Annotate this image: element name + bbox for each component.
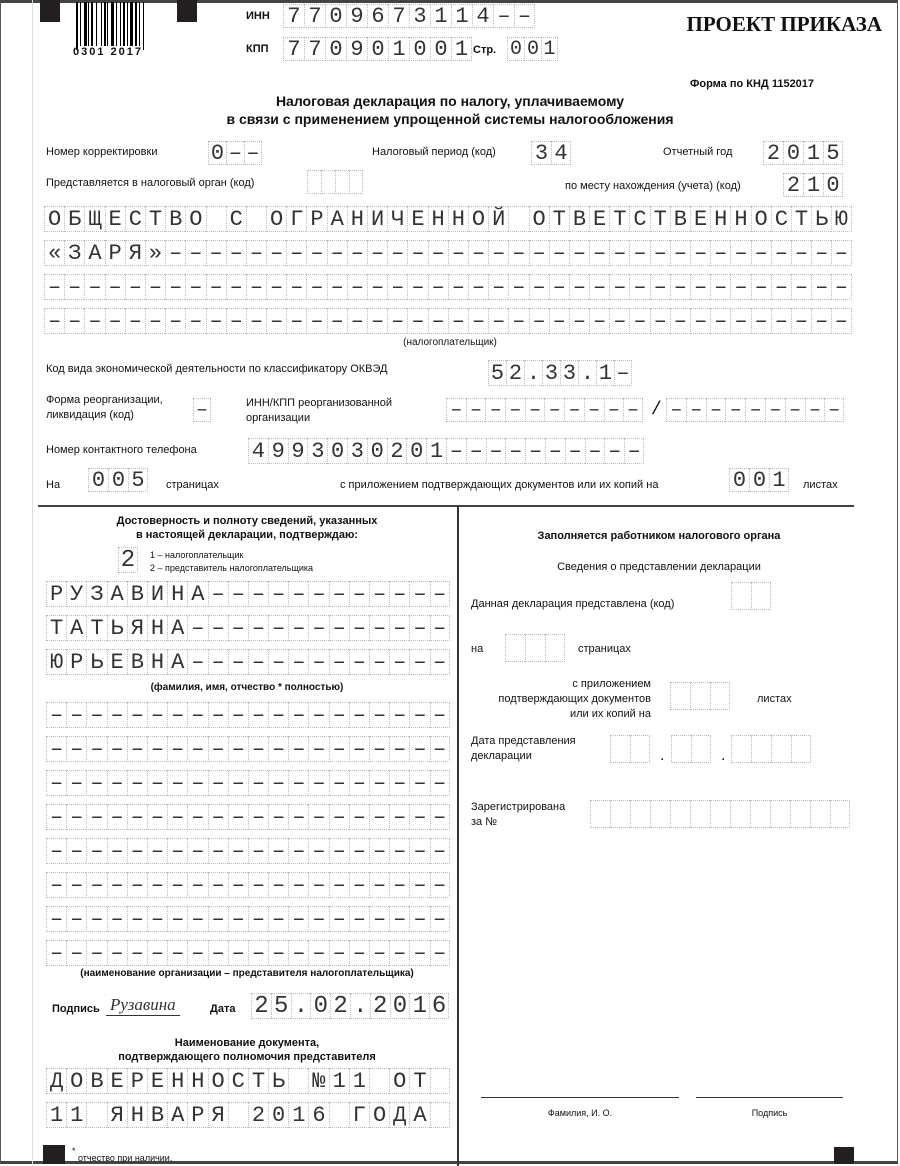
cell: Ю — [46, 649, 66, 675]
cell: – — [208, 702, 228, 728]
cell: В — [670, 206, 690, 232]
cell: 0 — [409, 37, 430, 61]
correction-number-field[interactable]: 0–– — [208, 141, 262, 165]
cell: – — [165, 240, 185, 266]
cell: О — [529, 206, 549, 232]
cell — [771, 735, 791, 763]
cell: – — [268, 736, 288, 762]
cell: – — [629, 240, 649, 266]
cell: – — [208, 804, 228, 830]
cell: – — [544, 398, 564, 422]
location-code-field[interactable]: 210 — [783, 173, 843, 197]
cell: – — [349, 872, 369, 898]
cell: 0 — [367, 37, 388, 61]
cell: – — [66, 702, 86, 728]
grid-line: –––––––––––––––––––– — [46, 702, 450, 728]
cell: Б — [64, 206, 84, 232]
cell: 5 — [271, 993, 291, 1019]
cell: – — [288, 906, 308, 932]
cell: – — [811, 274, 831, 300]
cell: 0 — [783, 141, 803, 165]
cell: – — [609, 308, 629, 334]
cell: – — [145, 274, 165, 300]
cell: 7 — [304, 37, 325, 61]
cell: – — [107, 804, 127, 830]
cell: Н — [167, 581, 187, 607]
corner-marker — [834, 1147, 854, 1164]
cell: – — [468, 274, 488, 300]
cell: 1 — [541, 37, 558, 61]
cell: В — [569, 206, 589, 232]
cell: Я — [107, 1102, 127, 1128]
cell: – — [686, 398, 706, 422]
cell: – — [167, 838, 187, 864]
cell: Р — [105, 240, 125, 266]
cell: – — [208, 581, 228, 607]
cell: – — [125, 308, 145, 334]
cell: – — [409, 581, 429, 607]
cell: – — [286, 240, 306, 266]
barcode-number: 0301 2017 — [73, 46, 143, 58]
cell: . — [578, 360, 596, 386]
cell: Е — [690, 206, 710, 232]
cell — [525, 634, 545, 662]
cell — [731, 582, 751, 610]
cell: – — [569, 274, 589, 300]
tax-authority-code-field[interactable] — [307, 170, 363, 194]
okved-label: Код вида экономической деятельности по к… — [46, 363, 388, 375]
cell: – — [147, 804, 167, 830]
signature[interactable]: Рузавина — [106, 995, 180, 1016]
cell: – — [409, 838, 429, 864]
cell: – — [751, 240, 771, 266]
grid-line: –––––––––––––––––––– — [46, 838, 450, 864]
cell: – — [529, 240, 549, 266]
cell: 0 — [507, 37, 524, 61]
cell: В — [147, 1102, 167, 1128]
submission-date-month[interactable] — [671, 735, 711, 763]
cell: – — [86, 872, 106, 898]
cell: – — [306, 308, 326, 334]
cell: – — [670, 308, 690, 334]
cell: – — [84, 274, 104, 300]
cell: З — [86, 581, 106, 607]
registration-number-field[interactable] — [590, 800, 850, 828]
cell: 1 — [451, 37, 472, 61]
cell: – — [308, 770, 328, 796]
cell: – — [430, 649, 450, 675]
cell: – — [549, 274, 569, 300]
cell: Ю — [831, 206, 851, 232]
cell: – — [771, 240, 791, 266]
cell: – — [248, 702, 268, 728]
report-year-field[interactable]: 2015 — [763, 141, 843, 165]
cell: – — [308, 838, 328, 864]
cell: С — [629, 206, 649, 232]
officer-attach-field[interactable] — [670, 682, 730, 710]
cell: – — [407, 240, 427, 266]
cell: – — [367, 274, 387, 300]
cell: 6 — [308, 1102, 328, 1128]
cell: – — [206, 308, 226, 334]
cell: – — [187, 770, 207, 796]
cell: О — [468, 206, 488, 232]
cell — [750, 800, 770, 828]
cell: О — [208, 1068, 228, 1094]
cell: – — [525, 438, 545, 464]
cell: – — [529, 274, 549, 300]
cell: – — [308, 872, 328, 898]
signer-code-field[interactable]: 2 — [118, 547, 138, 573]
cell: 3 — [409, 4, 430, 28]
cell: – — [327, 308, 347, 334]
cell: – — [430, 804, 450, 830]
cell: – — [349, 770, 369, 796]
cell: – — [389, 770, 409, 796]
submitted-code-label: Данная декларация представлена (код) — [471, 598, 674, 610]
cell: – — [329, 804, 349, 830]
cell: – — [369, 581, 389, 607]
cell: 9 — [346, 37, 367, 61]
cell: – — [771, 274, 791, 300]
cell: – — [329, 838, 349, 864]
cell: Р — [187, 1102, 207, 1128]
cell: 1 — [66, 1102, 86, 1128]
page-label: Стр. — [473, 44, 496, 56]
cell: – — [66, 770, 86, 796]
cell: А — [84, 240, 104, 266]
signature-date-field[interactable]: 25.02.2016 — [251, 993, 449, 1019]
cell: – — [831, 240, 851, 266]
submission-date-day[interactable] — [610, 735, 650, 763]
cell: А — [107, 581, 127, 607]
cell: 4 — [248, 438, 268, 464]
grid-line: –––––––––––––––––––––––––––––––––––––––– — [44, 274, 852, 300]
cell: – — [125, 274, 145, 300]
date-dot: . — [721, 747, 725, 765]
cell: – — [409, 615, 429, 641]
cell: О — [389, 1068, 409, 1094]
cell: – — [367, 240, 387, 266]
cell: – — [409, 872, 429, 898]
cell: 1 — [769, 468, 789, 492]
name-caption: (фамилия, имя, отчество * полностью) — [38, 682, 456, 693]
grid-line: ОБЩЕСТВО С ОГРАНИЧЕННОЙ ОТВЕТСТВЕННОСТЬЮ — [44, 206, 852, 232]
corner-marker — [40, 0, 60, 22]
cell: – — [389, 906, 409, 932]
cell: 0 — [390, 993, 410, 1019]
cell: – — [387, 308, 407, 334]
submission-code-field[interactable] — [731, 582, 771, 610]
cell: – — [226, 274, 246, 300]
cell: 5 — [488, 360, 506, 386]
cell: – — [185, 308, 205, 334]
cell: И — [367, 206, 387, 232]
cell: – — [329, 736, 349, 762]
cell: – — [248, 838, 268, 864]
location-code-label: по месту нахождения (учета) (код) — [565, 180, 741, 192]
cell: 9 — [268, 438, 288, 464]
cell: – — [308, 906, 328, 932]
cell: – — [228, 736, 248, 762]
cell: 2 — [387, 438, 407, 464]
pages-count-field[interactable]: 005 — [88, 468, 148, 492]
cell: Я — [127, 615, 147, 641]
cell: Г — [286, 206, 306, 232]
cell: З — [64, 240, 84, 266]
cell: – — [730, 308, 750, 334]
cell: – — [369, 615, 389, 641]
reorg-inn-label-2: организации — [246, 412, 310, 424]
cell: – — [167, 736, 187, 762]
org-caption: (наименование организации – представител… — [38, 968, 456, 979]
cell: – — [167, 872, 187, 898]
cell: – — [288, 736, 308, 762]
officer-attach-label-3: или их копий на — [471, 708, 651, 720]
cell: – — [86, 838, 106, 864]
reorg-kpp-field[interactable]: ––––––––– — [666, 398, 844, 422]
cell: Н — [710, 206, 730, 232]
reorg-inn-field[interactable]: –––––––––– — [446, 398, 643, 422]
officer-name-caption: Фамилия, И. О. — [481, 1108, 679, 1118]
signer-option-1: 1 – налогоплательщик — [150, 550, 243, 560]
cell: – — [228, 838, 248, 864]
cell: – — [268, 770, 288, 796]
cell — [321, 170, 335, 194]
cell: С — [226, 206, 246, 232]
cell: О — [44, 206, 64, 232]
cell: – — [446, 398, 466, 422]
cell: С — [125, 206, 145, 232]
cell — [810, 800, 830, 828]
cell: – — [206, 274, 226, 300]
cell: – — [208, 736, 228, 762]
cell: – — [327, 240, 347, 266]
cell: – — [288, 770, 308, 796]
cell: – — [614, 360, 632, 386]
cell: – — [308, 581, 328, 607]
cell: – — [187, 736, 207, 762]
cell: В — [127, 649, 147, 675]
reorg-form-code-field[interactable]: – — [193, 398, 211, 422]
cell: – — [228, 872, 248, 898]
page-number-field[interactable]: 001 — [507, 37, 558, 61]
submission-date-year[interactable] — [731, 735, 811, 763]
cell: – — [589, 274, 609, 300]
cell: О — [185, 206, 205, 232]
cell: – — [268, 649, 288, 675]
cell: – — [44, 308, 64, 334]
cell: – — [791, 308, 811, 334]
cell: 1 — [349, 1068, 369, 1094]
grid-line: РУЗАВИНА–––––––––––– — [46, 581, 450, 607]
cell — [206, 206, 226, 232]
okved-code-field[interactable]: 52.33.1– — [488, 360, 632, 386]
grid-line: –––––––––––––––––––– — [46, 906, 450, 932]
officer-signature-line — [696, 1097, 843, 1098]
cell: – — [246, 308, 266, 334]
cell: – — [308, 702, 328, 728]
cell: – — [208, 615, 228, 641]
cell: – — [66, 804, 86, 830]
cell: 3 — [347, 438, 367, 464]
cell — [228, 1102, 248, 1128]
cell — [751, 582, 771, 610]
cell: Д — [46, 1068, 66, 1094]
cell: 1 — [329, 1068, 349, 1094]
cell: Ь — [811, 206, 831, 232]
cell: – — [493, 4, 514, 28]
cell: – — [584, 398, 604, 422]
cell: – — [288, 581, 308, 607]
cell: – — [187, 838, 207, 864]
form-code: Форма по КНД 1152017 — [690, 78, 814, 90]
cell — [288, 1068, 308, 1094]
cell: – — [46, 702, 66, 728]
cell: – — [288, 615, 308, 641]
cell: – — [208, 770, 228, 796]
inn-field[interactable]: 7709673114–– — [283, 4, 535, 28]
cell: С — [228, 1068, 248, 1094]
cell: Н — [167, 1068, 187, 1094]
cell: – — [589, 240, 609, 266]
cell: – — [329, 615, 349, 641]
cell: – — [430, 770, 450, 796]
cell: 0 — [729, 468, 749, 492]
tax-officer-heading: Заполняется работником налогового органа — [460, 530, 858, 542]
cell: 0 — [325, 4, 346, 28]
registered-label-2: за № — [471, 816, 497, 828]
cell: – — [430, 872, 450, 898]
cell: – — [650, 308, 670, 334]
cell: – — [127, 804, 147, 830]
document-title-line-2: в связи с применением упрощенной системы… — [0, 111, 900, 128]
draft-stamp: ПРОЕКТ ПРИКАЗА — [687, 12, 882, 37]
grid-line: –––––––––––––––––––– — [46, 736, 450, 762]
grid-line: –––––––––––––––––––– — [46, 872, 450, 898]
registered-label-1: Зарегистрирована — [471, 801, 565, 813]
tax-authority-label: Представляется в налоговый орган (код) — [46, 177, 254, 189]
cell: – — [107, 770, 127, 796]
cell — [830, 800, 850, 828]
cell — [369, 1068, 389, 1094]
cell: О — [751, 206, 771, 232]
cell: – — [428, 274, 448, 300]
cell: – — [831, 274, 851, 300]
cell: – — [208, 649, 228, 675]
cell: – — [730, 240, 750, 266]
grid-line: ТАТЬЯНА––––––––––––– — [46, 615, 450, 641]
cell: – — [369, 838, 389, 864]
cell: Т — [549, 206, 569, 232]
confirm-heading-1: Достоверность и полноту сведений, указан… — [38, 515, 456, 527]
cell: – — [288, 804, 308, 830]
correction-label: Номер корректировки — [46, 146, 157, 158]
cell: – — [308, 615, 328, 641]
cell: Р — [306, 206, 326, 232]
cell: – — [349, 649, 369, 675]
cell — [610, 800, 630, 828]
cell: – — [248, 649, 268, 675]
cell: 5 — [128, 468, 148, 492]
cell: – — [430, 940, 450, 966]
cell: – — [127, 872, 147, 898]
cell — [730, 800, 750, 828]
cell: – — [349, 581, 369, 607]
officer-pages-suffix: страницах — [578, 643, 631, 655]
cell: 9 — [288, 438, 308, 464]
cell: – — [187, 702, 207, 728]
cell: – — [347, 240, 367, 266]
taxpayer-caption: (налогоплательщик) — [0, 337, 900, 348]
cell: – — [306, 240, 326, 266]
cell: – — [208, 872, 228, 898]
kpp-field[interactable]: 770901001 — [283, 37, 472, 61]
cell: – — [228, 940, 248, 966]
cell: – — [565, 438, 585, 464]
cell — [430, 1102, 450, 1128]
cell: 1 — [803, 173, 823, 197]
tax-period-field[interactable]: 34 — [531, 141, 571, 165]
cell: 1 — [803, 141, 823, 165]
cell: – — [514, 4, 535, 28]
cell: . — [524, 360, 542, 386]
cell: – — [266, 274, 286, 300]
phone-field[interactable]: 4993030201–––––––––– — [248, 438, 644, 464]
cell — [751, 735, 771, 763]
kpp-label: КПП — [246, 43, 269, 55]
cell: – — [248, 770, 268, 796]
cell: Т — [145, 206, 165, 232]
cell: 3 — [560, 360, 578, 386]
attachments-suffix: листах — [803, 479, 838, 491]
cell: А — [409, 1102, 429, 1128]
corner-marker — [43, 1145, 65, 1164]
cell: – — [127, 838, 147, 864]
footnote-marker: * — [72, 1146, 76, 1156]
attachment-sheets-field[interactable]: 001 — [729, 468, 789, 492]
cell: – — [46, 804, 66, 830]
cell: – — [505, 398, 525, 422]
cell: 1 — [451, 4, 472, 28]
cell: – — [127, 940, 147, 966]
cell: – — [187, 804, 207, 830]
cell: – — [409, 649, 429, 675]
cell: – — [751, 308, 771, 334]
grid-line: «ЗАРЯ»–––––––––––––––––––––––––––––––––– — [44, 240, 852, 266]
cell: 1 — [426, 438, 446, 464]
cell: – — [629, 308, 649, 334]
cell: – — [329, 770, 349, 796]
cell: – — [725, 398, 745, 422]
cell: – — [286, 274, 306, 300]
cell: – — [248, 872, 268, 898]
officer-pages-field[interactable] — [505, 634, 565, 662]
officer-pages-prefix: на — [471, 643, 483, 655]
cell: – — [228, 615, 248, 641]
pages-suffix: страницах — [166, 479, 219, 491]
cell: – — [407, 308, 427, 334]
cell: Е — [589, 206, 609, 232]
cell: 3 — [542, 360, 560, 386]
cell: – — [147, 770, 167, 796]
cell: Т — [609, 206, 629, 232]
cell: 2 — [330, 993, 350, 1019]
cell: – — [64, 274, 84, 300]
cell: – — [86, 702, 106, 728]
cell: – — [549, 240, 569, 266]
cell: – — [147, 702, 167, 728]
